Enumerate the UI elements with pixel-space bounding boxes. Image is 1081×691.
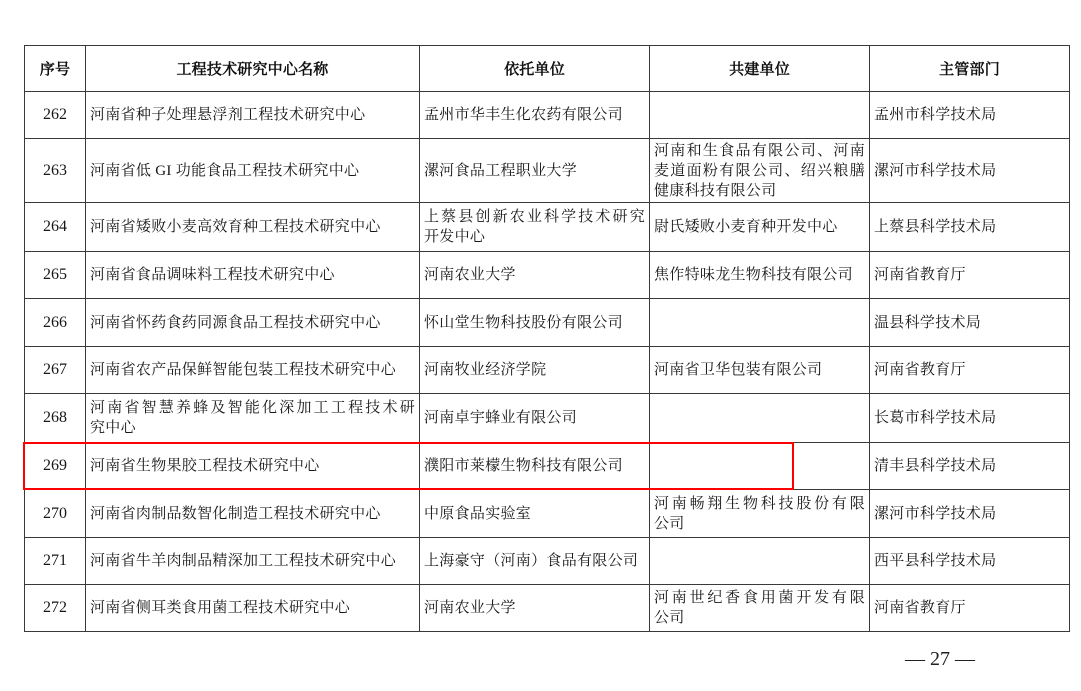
- center-name: 河南省种子处理悬浮剂工程技术研究中心: [90, 105, 415, 125]
- host-unit-cell: 孟州市华丰生化农药有限公司: [420, 92, 650, 139]
- table-row: 270 河南省肉制品数智化制造工程技术研究中心 中原食品实验室 河南畅翔生物科技…: [25, 490, 1070, 538]
- center-name-cell: 河南省肉制品数智化制造工程技术研究中心: [86, 490, 420, 538]
- partner-unit-cell: 河南省卫华包装有限公司: [650, 347, 870, 394]
- authority-cell: 河南省教育厅: [870, 585, 1070, 632]
- authority: 河南省教育厅: [874, 265, 1065, 285]
- authority: 清丰县科学技术局: [874, 456, 1065, 476]
- authority: 河南省教育厅: [874, 360, 1065, 380]
- authority: 长葛市科学技术局: [874, 408, 1065, 428]
- row-number: 263: [25, 139, 86, 203]
- partner-unit-line: 河南和生食品有限公司、河南: [654, 141, 865, 161]
- center-name-cell: 河南省生物果胶工程技术研究中心: [86, 443, 420, 490]
- center-name: 河南省矮败小麦高效育种工程技术研究中心: [90, 217, 415, 237]
- partner-unit-cell: 尉氏矮败小麦育种开发中心: [650, 203, 870, 252]
- row-number: 266: [25, 299, 86, 347]
- header-host-unit: 依托单位: [420, 46, 650, 92]
- table-row: 267 河南省农产品保鲜智能包装工程技术研究中心 河南牧业经济学院 河南省卫华包…: [25, 347, 1070, 394]
- host-unit-cell: 上蔡县创新农业科学技术研究 开发中心: [420, 203, 650, 252]
- row-number: 267: [25, 347, 86, 394]
- center-name-line: 究中心: [90, 418, 415, 438]
- header-center-name: 工程技术研究中心名称: [86, 46, 420, 92]
- authority: 孟州市科学技术局: [874, 105, 1065, 125]
- row-number: 264: [25, 203, 86, 252]
- partner-unit-cell: [650, 299, 870, 347]
- table-row: 263 河南省低 GI 功能食品工程技术研究中心 漯河食品工程职业大学 河南和生…: [25, 139, 1070, 203]
- host-unit-cell: 上海豪守（河南）食品有限公司: [420, 538, 650, 585]
- center-name-cell: 河南省低 GI 功能食品工程技术研究中心: [86, 139, 420, 203]
- host-unit-cell: 河南农业大学: [420, 252, 650, 299]
- authority-cell: 温县科学技术局: [870, 299, 1070, 347]
- row-number: 271: [25, 538, 86, 585]
- center-name-cell: 河南省种子处理悬浮剂工程技术研究中心: [86, 92, 420, 139]
- authority: 漯河市科学技术局: [874, 504, 1065, 524]
- partner-unit-line: 健康科技有限公司: [654, 181, 865, 201]
- host-unit: 河南农业大学: [424, 265, 645, 285]
- authority-cell: 河南省教育厅: [870, 252, 1070, 299]
- table-row: 264 河南省矮败小麦高效育种工程技术研究中心 上蔡县创新农业科学技术研究 开发…: [25, 203, 1070, 252]
- table-row: 266 河南省怀药食药同源食品工程技术研究中心 怀山堂生物科技股份有限公司 温县…: [25, 299, 1070, 347]
- center-name-cell: 河南省怀药食药同源食品工程技术研究中心: [86, 299, 420, 347]
- authority: 温县科学技术局: [874, 313, 1065, 333]
- center-name: 河南省牛羊肉制品精深加工工程技术研究中心: [90, 551, 415, 571]
- authority-cell: 清丰县科学技术局: [870, 443, 1070, 490]
- host-unit-cell: 河南牧业经济学院: [420, 347, 650, 394]
- partner-unit-cell: 河南世纪香食用菌开发有限 公司: [650, 585, 870, 632]
- partner-unit-line: 麦道面粉有限公司、绍兴粮膳: [654, 161, 865, 181]
- header-serial-number: 序号: [25, 46, 86, 92]
- partner-unit-cell: 焦作特味龙生物科技有限公司: [650, 252, 870, 299]
- table-row: 271 河南省牛羊肉制品精深加工工程技术研究中心 上海豪守（河南）食品有限公司 …: [25, 538, 1070, 585]
- table-row: 268 河南省智慧养蜂及智能化深加工工程技术研 究中心 河南卓宇蜂业有限公司 长…: [25, 394, 1070, 443]
- authority-cell: 漯河市科学技术局: [870, 490, 1070, 538]
- row-number: 268: [25, 394, 86, 443]
- center-name-cell: 河南省农产品保鲜智能包装工程技术研究中心: [86, 347, 420, 394]
- table-row: 272 河南省侧耳类食用菌工程技术研究中心 河南农业大学 河南世纪香食用菌开发有…: [25, 585, 1070, 632]
- authority-cell: 河南省教育厅: [870, 347, 1070, 394]
- host-unit: 中原食品实验室: [424, 504, 645, 524]
- partner-unit: 焦作特味龙生物科技有限公司: [654, 265, 865, 285]
- partner-unit: 河南省卫华包装有限公司: [654, 360, 865, 380]
- center-name: 河南省低 GI 功能食品工程技术研究中心: [90, 161, 415, 181]
- center-name-cell: 河南省侧耳类食用菌工程技术研究中心: [86, 585, 420, 632]
- host-unit: 濮阳市莱檬生物科技有限公司: [424, 456, 645, 476]
- host-unit: 河南牧业经济学院: [424, 360, 645, 380]
- host-unit: 河南卓宇蜂业有限公司: [424, 408, 645, 428]
- research-center-table: 序号 工程技术研究中心名称 依托单位 共建单位 主管部门 262 河南省种子处理…: [24, 45, 1070, 632]
- row-number: 265: [25, 252, 86, 299]
- center-name: 河南省肉制品数智化制造工程技术研究中心: [90, 504, 415, 524]
- center-name: 河南省食品调味料工程技术研究中心: [90, 265, 415, 285]
- partner-unit-line: 河南畅翔生物科技股份有限: [654, 494, 865, 514]
- center-name-cell: 河南省矮败小麦高效育种工程技术研究中心: [86, 203, 420, 252]
- row-number: 272: [25, 585, 86, 632]
- partner-unit-line: 河南世纪香食用菌开发有限: [654, 588, 865, 608]
- table-row: 262 河南省种子处理悬浮剂工程技术研究中心 孟州市华丰生化农药有限公司 孟州市…: [25, 92, 1070, 139]
- header-authority: 主管部门: [870, 46, 1070, 92]
- partner-unit-cell: [650, 443, 870, 490]
- center-name: 河南省怀药食药同源食品工程技术研究中心: [90, 313, 415, 333]
- table-row-highlighted: 269 河南省生物果胶工程技术研究中心 濮阳市莱檬生物科技有限公司 清丰县科学技…: [25, 443, 1070, 490]
- center-name-cell: 河南省智慧养蜂及智能化深加工工程技术研 究中心: [86, 394, 420, 443]
- center-name-cell: 河南省食品调味料工程技术研究中心: [86, 252, 420, 299]
- host-unit-cell: 漯河食品工程职业大学: [420, 139, 650, 203]
- center-name: 河南省生物果胶工程技术研究中心: [90, 456, 415, 476]
- host-unit: 上海豪守（河南）食品有限公司: [424, 551, 645, 571]
- host-unit-cell: 怀山堂生物科技股份有限公司: [420, 299, 650, 347]
- row-number: 269: [25, 443, 86, 490]
- center-name-cell: 河南省牛羊肉制品精深加工工程技术研究中心: [86, 538, 420, 585]
- authority-cell: 孟州市科学技术局: [870, 92, 1070, 139]
- host-unit-cell: 河南农业大学: [420, 585, 650, 632]
- table-row: 265 河南省食品调味料工程技术研究中心 河南农业大学 焦作特味龙生物科技有限公…: [25, 252, 1070, 299]
- host-unit-line: 开发中心: [424, 227, 645, 247]
- host-unit-cell: 中原食品实验室: [420, 490, 650, 538]
- host-unit: 怀山堂生物科技股份有限公司: [424, 313, 645, 333]
- authority-cell: 西平县科学技术局: [870, 538, 1070, 585]
- authority-cell: 长葛市科学技术局: [870, 394, 1070, 443]
- center-name: 河南省侧耳类食用菌工程技术研究中心: [90, 598, 415, 618]
- host-unit: 河南农业大学: [424, 598, 645, 618]
- row-number: 262: [25, 92, 86, 139]
- partner-unit-line: 公司: [654, 514, 865, 534]
- partner-unit-line: 公司: [654, 608, 865, 628]
- authority-cell: 漯河市科学技术局: [870, 139, 1070, 203]
- page-number: — 27 —: [905, 648, 975, 671]
- host-unit-cell: 河南卓宇蜂业有限公司: [420, 394, 650, 443]
- host-unit: 孟州市华丰生化农药有限公司: [424, 105, 645, 125]
- partner-unit: 尉氏矮败小麦育种开发中心: [654, 217, 865, 237]
- authority: 上蔡县科学技术局: [874, 217, 1065, 237]
- authority: 河南省教育厅: [874, 598, 1065, 618]
- host-unit: 漯河食品工程职业大学: [424, 161, 645, 181]
- partner-unit-cell: 河南畅翔生物科技股份有限 公司: [650, 490, 870, 538]
- authority: 西平县科学技术局: [874, 551, 1065, 571]
- table-header-row: 序号 工程技术研究中心名称 依托单位 共建单位 主管部门: [25, 46, 1070, 92]
- host-unit-line: 上蔡县创新农业科学技术研究: [424, 207, 645, 227]
- partner-unit-cell: [650, 538, 870, 585]
- authority-cell: 上蔡县科学技术局: [870, 203, 1070, 252]
- host-unit-cell: 濮阳市莱檬生物科技有限公司: [420, 443, 650, 490]
- partner-unit-cell: [650, 92, 870, 139]
- partner-unit-cell: 河南和生食品有限公司、河南 麦道面粉有限公司、绍兴粮膳 健康科技有限公司: [650, 139, 870, 203]
- row-number: 270: [25, 490, 86, 538]
- partner-unit-cell: [650, 394, 870, 443]
- center-name-line: 河南省智慧养蜂及智能化深加工工程技术研: [90, 398, 415, 418]
- header-partner-unit: 共建单位: [650, 46, 870, 92]
- authority: 漯河市科学技术局: [874, 161, 1065, 181]
- center-name: 河南省农产品保鲜智能包装工程技术研究中心: [90, 360, 415, 380]
